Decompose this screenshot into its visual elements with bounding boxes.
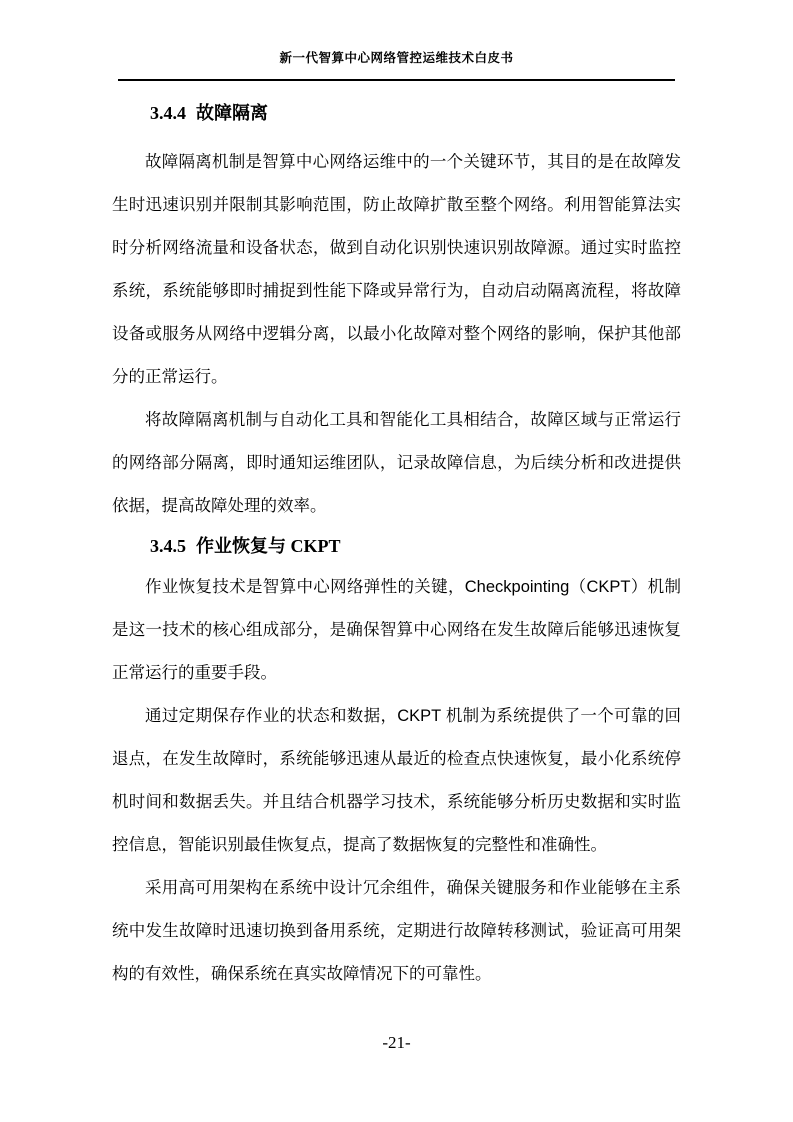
section-heading-3-4-5: 3.4.5作业恢复与 CKPT xyxy=(150,534,681,558)
page-footer: -21- xyxy=(0,1033,793,1053)
document-page: 新一代智算中心网络管控运维技术白皮书 3.4.4故障隔离 故障隔离机制是智算中心… xyxy=(0,0,793,1122)
header-divider xyxy=(118,79,675,81)
document-content: 3.4.4故障隔离 故障隔离机制是智算中心网络运维中的一个关键环节，其目的是在故… xyxy=(112,95,681,996)
paragraph-job-recovery-3: 采用高可用架构在系统中设计冗余组件，确保关键服务和作业能够在主系统中发生故障时迅… xyxy=(112,867,681,996)
paragraph-fault-isolation-2: 将故障隔离机制与自动化工具和智能化工具相结合，故障区域与正常运行的网络部分隔离，… xyxy=(112,399,681,528)
section-heading-3-4-4: 3.4.4故障隔离 xyxy=(150,101,681,125)
paragraph-fault-isolation-1: 故障隔离机制是智算中心网络运维中的一个关键环节，其目的是在故障发生时迅速识别并限… xyxy=(112,141,681,399)
paragraph-job-recovery-1: 作业恢复技术是智算中心网络弹性的关键，Checkpointing（CKPT）机制… xyxy=(112,566,681,695)
paragraph-job-recovery-2: 通过定期保存作业的状态和数据，CKPT 机制为系统提供了一个可靠的回退点，在发生… xyxy=(112,695,681,867)
section-number: 3.4.4 xyxy=(150,103,186,123)
header-title: 新一代智算中心网络管控运维技术白皮书 xyxy=(0,48,793,66)
page-number: -21- xyxy=(382,1033,410,1052)
section-title: 作业恢复与 CKPT xyxy=(196,536,341,556)
section-number: 3.4.5 xyxy=(150,536,186,556)
section-title: 故障隔离 xyxy=(196,103,268,123)
